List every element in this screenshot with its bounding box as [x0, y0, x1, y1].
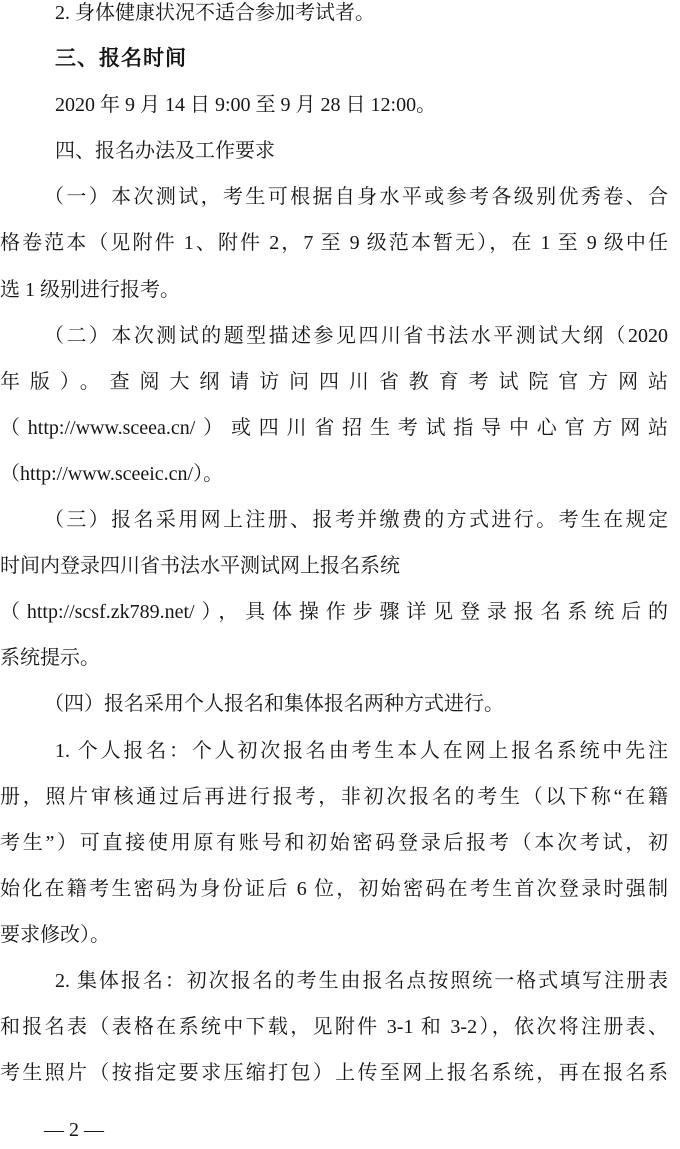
text-line: 考生”）可直接使用原有账号和初始密码登录后报考（本次考试，初 [0, 820, 668, 866]
text-line-url: （http://www.sceea.cn/）或四川省招生考试指导中心官方网站 [0, 405, 668, 451]
section-heading: 三、报名时间 [0, 36, 668, 82]
text-line: 始化在籍考生密码为身份证后 6 位，初始密码在考生首次登录时强制 [0, 866, 668, 912]
text-line: 系统提示。 [0, 635, 668, 681]
text-line: （四）报名采用个人报名和集体报名两种方式进行。 [0, 681, 668, 727]
text-line: 册，照片审核通过后再进行报考，非初次报名的考生（以下称“在籍 [0, 774, 668, 820]
text-line: （一）本次测试，考生可根据自身水平或参考各级别优秀卷、合 [0, 174, 668, 220]
section-title: 四、报名办法及工作要求 [0, 128, 668, 174]
text-line: 和报名表（表格在系统中下载，见附件 3-1 和 3-2），依次将注册表、 [0, 1004, 668, 1050]
text-line-url: （http://scsf.zk789.net/），具体操作步骤详见登录报名系统后… [0, 589, 668, 635]
text-line: 格卷范本（见附件 1、附件 2，7 至 9 级范本暂无），在 1 至 9 级中任 [0, 220, 668, 266]
text-line: 2. 身体健康状况不适合参加考试者。 [0, 0, 668, 36]
text-line: 1. 个人报名：个人初次报名由考生本人在网上报名系统中先注 [0, 728, 668, 774]
text-line: （二）本次测试的题型描述参见四川省书法水平测试大纲（2020 [0, 313, 668, 359]
text-line: 选 1 级别进行报考。 [0, 267, 668, 313]
text-line: 2020 年 9 月 14 日 9:00 至 9 月 28 日 12:00。 [0, 82, 668, 128]
text-line: 2. 集体报名：初次报名的考生由报名点按照统一格式填写注册表 [0, 958, 668, 1004]
text-line: 时间内登录四川省书法水平测试网上报名系统 [0, 543, 668, 589]
text-line: 考生照片（按指定要求压缩打包）上传至网上报名系统，再在报名系 [0, 1050, 668, 1096]
text-line: 要求修改）。 [0, 912, 668, 958]
text-line: 年版）。查阅大纲请访问四川省教育考试院官方网站 [0, 359, 668, 405]
page-number: — 2 — [0, 1107, 668, 1149]
document-page: 2. 身体健康状况不适合参加考试者。 三、报名时间 2020 年 9 月 14 … [0, 0, 668, 1149]
text-line: （三）报名采用网上注册、报考并缴费的方式进行。考生在规定 [0, 497, 668, 543]
text-line-url: （http://www.sceeic.cn/）。 [0, 451, 668, 497]
